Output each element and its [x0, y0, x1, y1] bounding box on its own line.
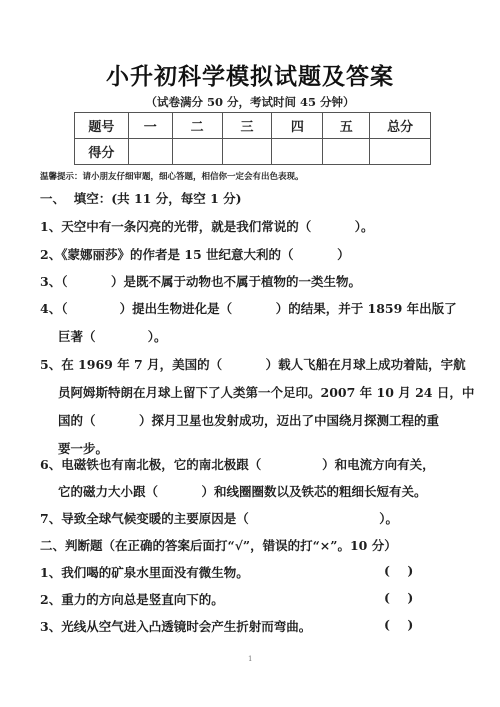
- answer-box: ( ): [384, 617, 413, 632]
- question-line-continued: 员阿姆斯特朗在月球上留下了人类第一个足印。2007 年 10 月 24 日，中: [58, 383, 474, 401]
- header-cell: 五: [323, 113, 370, 139]
- score-cell: [323, 139, 370, 165]
- exam-info: （试卷满分 50 分，考试时间 45 分钟）: [0, 94, 500, 110]
- score-cell: [272, 139, 323, 165]
- header-cell: 四: [272, 113, 323, 139]
- score-table-header-row: 题号 一 二 三 四 五 总分: [75, 113, 431, 139]
- row-label: 得分: [75, 139, 129, 165]
- question-line-continued: 它的磁力大小跟（ ）和线圈圈数以及铁芯的粗细长短有关。: [58, 482, 427, 500]
- header-cell: 题号: [75, 113, 129, 139]
- question-line: 3、（ ）是既不属于动物也不属于植物的一类生物。: [40, 272, 361, 290]
- score-cell: [222, 139, 272, 165]
- page-number: 1: [248, 655, 252, 663]
- score-table: 题号 一 二 三 四 五 总分 得分: [74, 112, 431, 165]
- score-cell: [128, 139, 172, 165]
- score-cell: [172, 139, 222, 165]
- question-line: 2、《蒙娜丽莎》的作者是 15 世纪意大利的（ ）: [40, 245, 350, 263]
- question-line: 1、天空中有一条闪亮的光带，就是我们常说的（ ）。: [40, 217, 373, 235]
- judgement-item: 3、光线从空气进入凸透镜时会产生折射而弯曲。: [40, 617, 311, 635]
- question-line-continued: 国的（ ）探月卫星也发射成功，迈出了中国绕月探测工程的重: [58, 411, 439, 429]
- question-line: 6、电磁铁也有南北极，它的南北极跟（ ）和电流方向有关，: [40, 455, 435, 473]
- tip-text: 温馨提示：请小朋友仔细审题，细心答题，相信你一定会有出色表现。: [40, 170, 304, 182]
- header-cell: 三: [222, 113, 272, 139]
- section1-heading: 一、 填空：(共 11 分，每空 1 分): [40, 189, 242, 207]
- judgement-item: 1、我们喝的矿泉水里面没有微生物。: [40, 563, 249, 581]
- answer-box: ( ): [384, 563, 413, 578]
- question-line: 4、（ ）提出生物进化是（ ）的结果，并于 1859 年出版了: [40, 299, 457, 317]
- score-table-score-row: 得分: [75, 139, 431, 165]
- question-line-continued: 巨著（ ）。: [58, 327, 166, 345]
- header-cell: 总分: [370, 113, 431, 139]
- page-title: 小升初科学模拟试题及答案: [0, 58, 500, 91]
- answer-box: ( ): [384, 590, 413, 605]
- judgement-item: 2、重力的方向总是竖直向下的。: [40, 590, 224, 608]
- header-cell: 一: [128, 113, 172, 139]
- question-line: 7、导致全球气候变暖的主要原因是（ ）。: [40, 509, 398, 527]
- section2-heading: 二、判断题（在正确的答案后面打“√”，错误的打“×”。10 分）: [40, 536, 397, 554]
- score-cell: [370, 139, 431, 165]
- question-line: 5、在 1969 年 7 月，美国的（ ）载人飞船在月球上成功着陆，宇航: [40, 355, 466, 373]
- header-cell: 二: [172, 113, 222, 139]
